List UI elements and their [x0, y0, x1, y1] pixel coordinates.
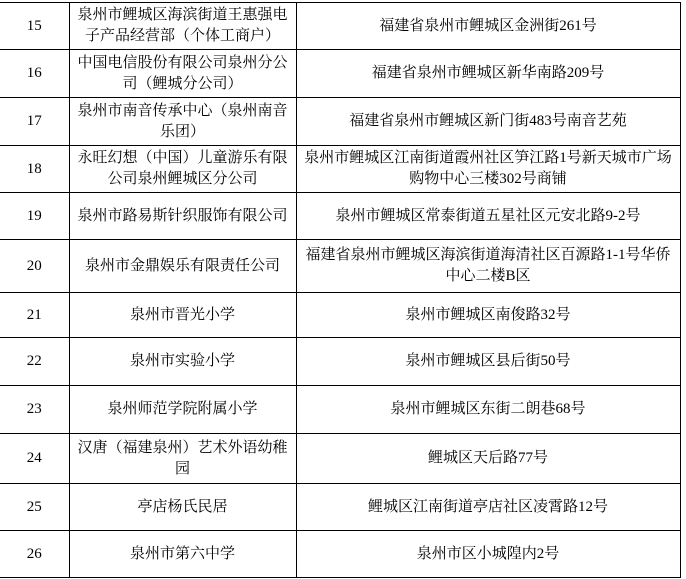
row-number-cell: 24 — [0, 434, 69, 484]
table-row: 20 泉州市金鼎娱乐有限责任公司 福建省泉州市鲤城区海滨街道海清社区百源路1-1… — [0, 240, 680, 293]
org-address-cell: 泉州市鲤城区常泰街道五星社区元安北路9-2号 — [296, 193, 680, 240]
row-number-cell: 21 — [0, 293, 69, 338]
row-number-cell: 16 — [0, 50, 69, 98]
org-name-cell: 泉州市晋光小学 — [69, 293, 296, 338]
row-number-cell: 18 — [0, 146, 69, 193]
org-address-cell: 福建省泉州市鲤城区海滨街道海清社区百源路1-1号华侨中心二楼B区 — [296, 240, 680, 293]
table-row: 17 泉州市南音传承中心（泉州南音乐团） 福建省泉州市鲤城区新门街483号南音艺… — [0, 98, 680, 146]
org-name-cell: 泉州师范学院附属小学 — [69, 386, 296, 434]
table-row: 24 汉唐（福建泉州）艺术外语幼稚园 鲤城区天后路77号 — [0, 434, 680, 484]
table-row: 15 泉州市鲤城区海滨街道王惠强电子产品经营部（个体工商户） 福建省泉州市鲤城区… — [0, 3, 680, 50]
table-row: 23 泉州师范学院附属小学 泉州市鲤城区东街二朗巷68号 — [0, 386, 680, 434]
org-address-cell: 泉州市鲤城区县后街50号 — [296, 338, 680, 386]
org-name-cell: 亭店杨氏民居 — [69, 484, 296, 531]
org-address-cell: 福建省泉州市鲤城区新华南路209号 — [296, 50, 680, 98]
table-row: 19 泉州市路易斯针织服饰有限公司 泉州市鲤城区常泰街道五星社区元安北路9-2号 — [0, 193, 680, 240]
row-number-cell: 23 — [0, 386, 69, 434]
org-address-cell: 泉州市鲤城区江南街道霞州社区笋江路1号新天城市广场购物中心三楼302号商铺 — [296, 146, 680, 193]
row-number-cell: 26 — [0, 531, 69, 578]
org-name-cell: 泉州市南音传承中心（泉州南音乐团） — [69, 98, 296, 146]
org-name-cell: 泉州市鲤城区海滨街道王惠强电子产品经营部（个体工商户） — [69, 3, 296, 50]
document-page: 15 泉州市鲤城区海滨街道王惠强电子产品经营部（个体工商户） 福建省泉州市鲤城区… — [0, 0, 686, 579]
row-number-cell: 17 — [0, 98, 69, 146]
table-row: 21 泉州市晋光小学 泉州市鲤城区南俊路32号 — [0, 293, 680, 338]
row-number-cell: 25 — [0, 484, 69, 531]
row-number-cell: 22 — [0, 338, 69, 386]
org-address-cell: 鲤城区江南街道亭店社区凌霄路12号 — [296, 484, 680, 531]
org-name-cell: 泉州市实验小学 — [69, 338, 296, 386]
table-row: 18 永旺幻想（中国）儿童游乐有限公司泉州鲤城区分公司 泉州市鲤城区江南街道霞州… — [0, 146, 680, 193]
org-name-cell: 中国电信股份有限公司泉州分公司（鲤城分公司） — [69, 50, 296, 98]
org-name-cell: 永旺幻想（中国）儿童游乐有限公司泉州鲤城区分公司 — [69, 146, 296, 193]
org-address-cell: 鲤城区天后路77号 — [296, 434, 680, 484]
row-number-cell: 19 — [0, 193, 69, 240]
directory-table: 15 泉州市鲤城区海滨街道王惠强电子产品经营部（个体工商户） 福建省泉州市鲤城区… — [0, 2, 681, 578]
table-row: 22 泉州市实验小学 泉州市鲤城区县后街50号 — [0, 338, 680, 386]
table-row: 16 中国电信股份有限公司泉州分公司（鲤城分公司） 福建省泉州市鲤城区新华南路2… — [0, 50, 680, 98]
row-number-cell: 15 — [0, 3, 69, 50]
org-name-cell: 泉州市第六中学 — [69, 531, 296, 578]
org-address-cell: 福建省泉州市鲤城区新门街483号南音艺苑 — [296, 98, 680, 146]
row-number-cell: 20 — [0, 240, 69, 293]
org-name-cell: 汉唐（福建泉州）艺术外语幼稚园 — [69, 434, 296, 484]
org-address-cell: 泉州市鲤城区南俊路32号 — [296, 293, 680, 338]
org-name-cell: 泉州市路易斯针织服饰有限公司 — [69, 193, 296, 240]
org-address-cell: 福建省泉州市鲤城区金洲街261号 — [296, 3, 680, 50]
org-address-cell: 泉州市区小城隍内2号 — [296, 531, 680, 578]
table-row: 25 亭店杨氏民居 鲤城区江南街道亭店社区凌霄路12号 — [0, 484, 680, 531]
org-name-cell: 泉州市金鼎娱乐有限责任公司 — [69, 240, 296, 293]
table-row: 26 泉州市第六中学 泉州市区小城隍内2号 — [0, 531, 680, 578]
org-address-cell: 泉州市鲤城区东街二朗巷68号 — [296, 386, 680, 434]
